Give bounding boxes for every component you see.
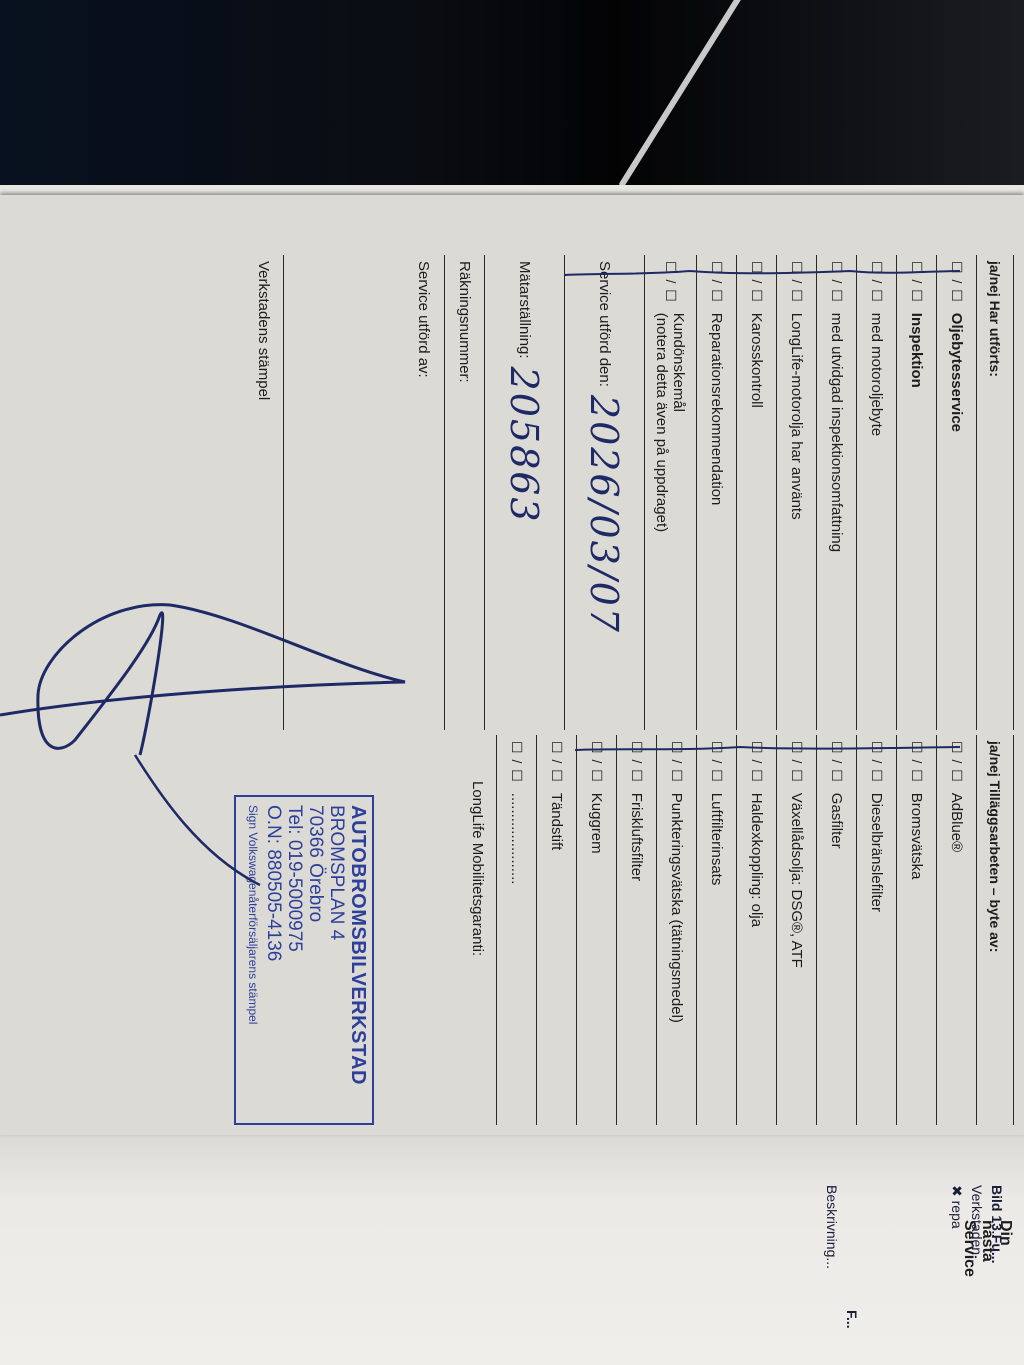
underlying-line-2: ✖ repa	[948, 1185, 965, 1229]
underlying-page: Bild 13 Fu... Verkstaden... ✖ repa F... …	[0, 1180, 1024, 1365]
underlying-table-header: F...	[844, 1310, 860, 1329]
signature	[0, 195, 1024, 1135]
underlying-table-column: Beskrivning...	[824, 1185, 840, 1269]
dark-background	[0, 0, 1024, 200]
service-record-page: ja/nej Har utförts: ☐ / ☐Oljebytesservic…	[0, 195, 1024, 1135]
underlying-line-1: Verkstaden...	[969, 1185, 985, 1267]
figure-caption: Bild 13 Fu...	[989, 1185, 1005, 1264]
